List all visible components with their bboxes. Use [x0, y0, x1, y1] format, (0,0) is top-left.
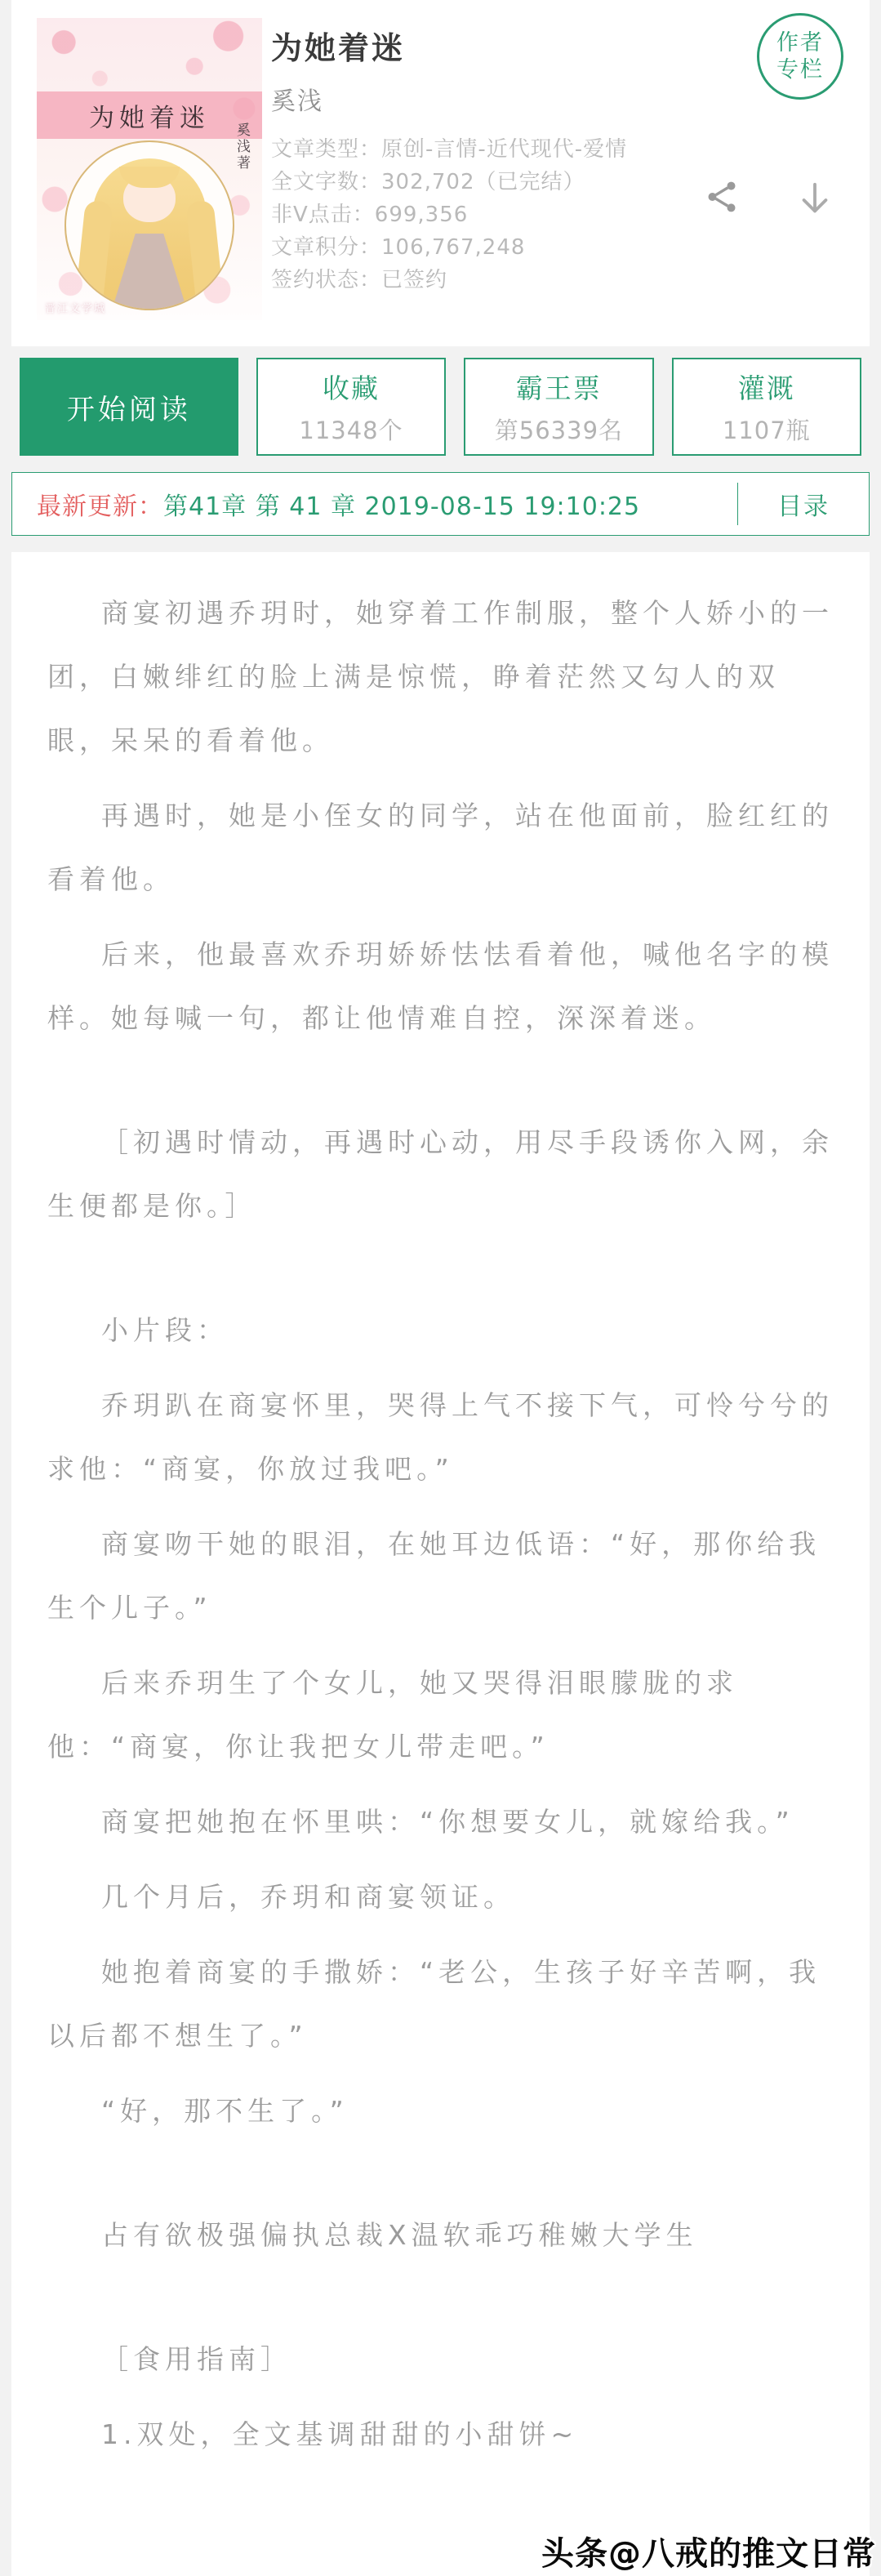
overlord-ticket-button[interactable]: 霸王票 第56339名: [464, 358, 653, 456]
novel-header: 为她着迷 奚浅著 晋江文学城 为她着迷 奚浅 文章类型：原创-言情-近代现代-爱…: [11, 0, 870, 346]
meta-nonvip-clicks: 非V点击：699,356: [271, 198, 698, 231]
latest-update-label: 最新更新：: [37, 486, 163, 522]
irrigate-button[interactable]: 灌溉 1107瓶: [672, 358, 861, 456]
favorite-count: 11348个: [299, 412, 403, 446]
cover-girl-illustration: [65, 140, 234, 310]
cover-title: 为她着迷: [89, 97, 210, 134]
download-icon[interactable]: [796, 180, 834, 224]
paragraph: 后来，他最喜欢乔玥娇娇怯怯看着他，喊他名字的模样。她每喊一句，都让他情难自控，深…: [47, 923, 837, 1050]
paragraph: 乔玥趴在商宴怀里，哭得上气不接下气，可怜兮兮的求他：“商宴，你放过我吧。”: [47, 1374, 837, 1501]
start-reading-button[interactable]: 开始阅读: [20, 358, 238, 456]
author-name[interactable]: 奚浅: [271, 81, 698, 117]
paragraph: ［初遇时情动，再遇时心动，用尽手段诱你入网，余生便都是你。］: [47, 1111, 837, 1238]
paragraph: 商宴吻干她的眼泪，在她耳边低语：“好，那你给我生个儿子。”: [47, 1513, 837, 1640]
paragraph: 商宴初遇乔玥时，她穿着工作制服，整个人娇小的一团，白嫩绯红的脸上满是惊慌，睁着茫…: [47, 582, 837, 773]
watermark: 头条@八戒的推文日常: [541, 2528, 876, 2574]
paragraph: 小片段：: [47, 1299, 837, 1362]
novel-info: 为她着迷 奚浅 文章类型：原创-言情-近代现代-爱情 全文字数：302,702（…: [271, 23, 698, 296]
paragraph: ［食用指南］: [47, 2328, 837, 2391]
paragraph: 几个月后，乔玥和商宴领证。: [47, 1865, 837, 1929]
novel-detail-page: 为她着迷 奚浅著 晋江文学城 为她着迷 奚浅 文章类型：原创-言情-近代现代-爱…: [0, 0, 881, 2576]
favorite-button[interactable]: 收藏 11348个: [256, 358, 446, 456]
novel-title: 为她着迷: [271, 23, 698, 68]
overlord-ticket-label: 霸王票: [516, 368, 602, 406]
overlord-ticket-rank: 第56339名: [495, 412, 623, 446]
irrigate-count: 1107瓶: [723, 412, 811, 446]
meta-article-points: 文章积分：106,767,248: [271, 231, 698, 264]
badge-line2: 专栏: [776, 56, 824, 83]
meta-word-count: 全文字数：302,702（已完结）: [271, 166, 698, 198]
author-column-badge[interactable]: 作者 专栏: [757, 13, 843, 100]
book-cover[interactable]: 为她着迷 奚浅著 晋江文学城: [37, 18, 262, 320]
latest-chapter-link[interactable]: 第41章 第 41 章 2019-08-15 19:10:25: [163, 486, 737, 522]
latest-update-bar: 最新更新： 第41章 第 41 章 2019-08-15 19:10:25 目录: [11, 472, 870, 536]
paragraph: 后来乔玥生了个女儿，她又哭得泪眼朦胧的求他：“商宴，你让我把女儿带走吧。”: [47, 1651, 837, 1779]
paragraph: 再遇时，她是小侄女的同学，站在他面前，脸红红的看着他。: [47, 784, 837, 911]
cover-author-vertical: 奚浅著: [232, 123, 252, 172]
favorite-label: 收藏: [323, 368, 380, 406]
paragraph: 商宴把她抱在怀里哄：“你想要女儿，就嫁给我。”: [47, 1790, 837, 1854]
cover-site-label: 晋江文学城: [45, 300, 106, 315]
badge-line1: 作者: [776, 29, 824, 56]
meta-contract-status: 签约状态：已签约: [271, 264, 698, 296]
novel-description: 商宴初遇乔玥时，她穿着工作制服，整个人娇小的一团，白嫩绯红的脸上满是惊慌，睁着茫…: [11, 552, 870, 2576]
paragraph: 她抱着商宴的手撒娇：“老公，生孩子好辛苦啊，我以后都不想生了。”: [47, 1941, 837, 2068]
cover-title-band: 为她着迷: [37, 91, 262, 139]
share-icon[interactable]: [703, 178, 741, 219]
irrigate-label: 灌溉: [738, 368, 795, 406]
paragraph: 1.双处，全文基调甜甜的小甜饼~: [47, 2403, 837, 2467]
meta-article-type: 文章类型：原创-言情-近代现代-爱情: [271, 133, 698, 166]
toc-link[interactable]: 目录: [738, 486, 869, 522]
action-bar: 开始阅读 收藏 11348个 霸王票 第56339名 灌溉 1107瓶: [20, 358, 861, 456]
paragraph: “好，那不生了。”: [47, 2079, 837, 2143]
paragraph: 占有欲极强偏执总裁X温软乖巧稚嫩大学生: [47, 2204, 837, 2267]
